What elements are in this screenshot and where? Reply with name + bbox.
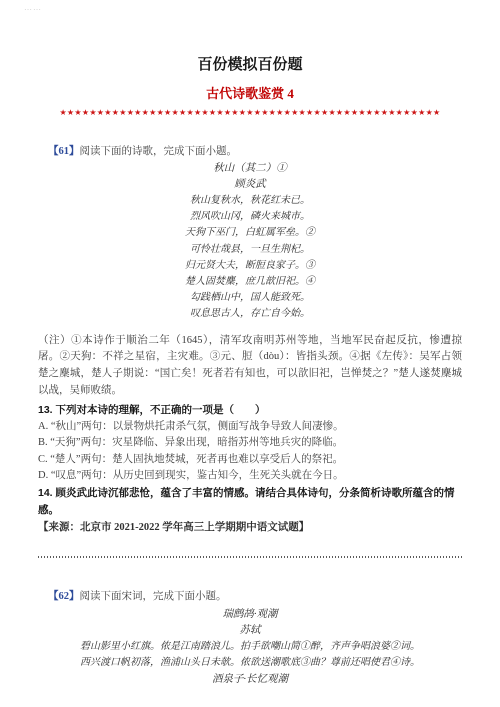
corner-dots-mark: ⋯⋯ [24, 5, 42, 14]
poem-2-line: 西兴渡口帆初落，渔浦山头日未欹。侬欲送潮歌底③曲？尊前还唱使君④诗。 [38, 655, 462, 672]
question-13-stem: 13. 下列对本诗的理解，不正确的一项是（ ） [38, 402, 462, 419]
question-14-stem: 14. 顾炎武此诗沉郁悲怆，蕴含了丰富的情感。请结合具体诗句，分条简析诗歌所蕴含… [38, 485, 462, 519]
poem-2-subtitle: 酒泉子·长忆观潮 [38, 672, 462, 689]
question-62-intro-text: 阅读下面宋词，完成下面小题。 [80, 591, 227, 602]
section-subtitle: 古代诗歌鉴赏 4 [38, 86, 462, 102]
poem-1-line: 可怜壮哉县，一旦生荆杞。 [38, 242, 462, 258]
poem-1-note: （注）①本诗作于顺治二年（1645），清军攻南明苏州等地，当地军民奋起反抗，惨遭… [38, 333, 462, 400]
page-title: 百份模拟百份题 [38, 56, 462, 74]
question-62-label: 【62】 [48, 591, 80, 602]
poem-2-title: 瑞鹧鸪·观潮 [38, 607, 462, 623]
poem-1-line: 归元贤大夫，断脰良家子。③ [38, 258, 462, 274]
document-page: ⋯⋯ 百份模拟百份题 古代诗歌鉴赏 4 ★★★★★★★★★★★★★★★★★★★★… [0, 0, 500, 707]
star-divider: ★★★★★★★★★★★★★★★★★★★★★★★★★★★★★★★★★★★★★★★★… [38, 107, 462, 119]
dotted-separator [38, 556, 462, 558]
poem-1-line: 叹息思古人，存亡自今始。 [38, 306, 462, 322]
question-13-option-d: D. “叹息”两句：从历史回到现实，鉴古知今，生死关头就在今日。 [38, 468, 462, 485]
question-13-option-a: A. “秋山”两句：以景物烘托肃杀气氛，侧面写战争导致人间凄惨。 [38, 419, 462, 436]
poem-1-title: 秋山（其二）① [38, 161, 462, 177]
poem-1-line: 天狗下巫门，白虹属军垒。② [38, 225, 462, 241]
poem-1-line: 烈风吹山冈，磷火来城市。 [38, 209, 462, 225]
question-13-option-b: B. “天狗”两句：灾星降临、异象出现，暗指苏州等地兵灾的降临。 [38, 435, 462, 452]
question-61-label: 【61】 [48, 146, 80, 157]
question-61-intro-text: 阅读下面的诗歌，完成下面小题。 [80, 146, 238, 157]
question-62-intro: 【62】阅读下面宋词，完成下面小题。 [48, 588, 462, 605]
poem-2-line: 碧山影里小红旗。侬是江南踏浪儿。拍手欲嘲山简①醉，齐声争唱浪婆②词。 [38, 639, 462, 656]
question-61-intro: 【61】阅读下面的诗歌，完成下面小题。 [48, 143, 462, 160]
question-13-option-c: C. “楚人”两句：楚人固执地焚城，死者再也难以享受后人的祭祀。 [38, 452, 462, 469]
poem-1-line: 秋山复秋水，秋花红未已。 [38, 193, 462, 209]
source-line: 【来源：北京市 2021-2022 学年高三上学期期中语文试题】 [38, 519, 462, 536]
poem-2-author: 苏轼 [38, 623, 462, 639]
poem-1-author: 顾炎武 [38, 177, 462, 193]
poem-1-line: 楚人固焚麇，庶几歆旧祀。④ [38, 274, 462, 290]
poem-1-line: 勾践栖山中，国人能致死。 [38, 290, 462, 306]
